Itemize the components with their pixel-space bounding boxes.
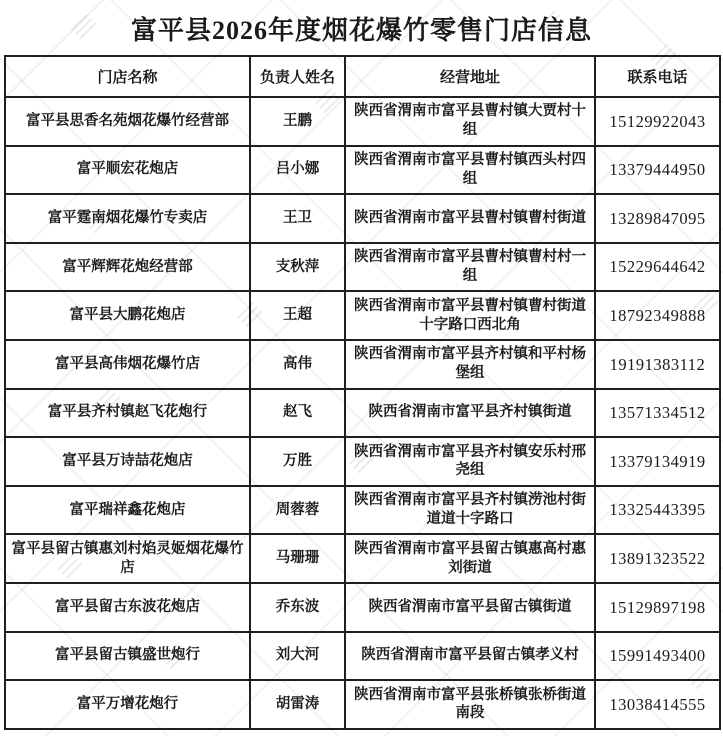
phone-cell: 13379134919 bbox=[595, 437, 720, 486]
header-row: 门店名称 负责人姓名 经营地址 联系电话 bbox=[5, 56, 720, 97]
table-row: 富平县留古镇惠刘村焰灵姬烟花爆竹店马珊珊陕西省渭南市富平县留古镇惠高村惠刘街道1… bbox=[5, 534, 720, 583]
table-row: 富平万增花炮行胡雷涛陕西省渭南市富平县张桥镇张桥街道南段13038414555 bbox=[5, 680, 720, 729]
table-row: 富平县思香名苑烟花爆竹经营部王鹏陕西省渭南市富平县曹村镇大贾村十组1512992… bbox=[5, 97, 720, 146]
phone-cell: 18792349888 bbox=[595, 291, 720, 340]
manager-name-cell: 马珊珊 bbox=[250, 534, 345, 583]
phone-cell: 13571334512 bbox=[595, 389, 720, 438]
phone-cell: 15229644642 bbox=[595, 243, 720, 292]
phone-cell: 13038414555 bbox=[595, 680, 720, 729]
store-name-cell: 富平县齐村镇赵飞花炮行 bbox=[5, 389, 250, 438]
address-cell: 陕西省渭南市富平县曹村镇曹村村一组 bbox=[345, 243, 595, 292]
page-title: 富平县2026年度烟花爆竹零售门店信息 bbox=[0, 10, 723, 47]
store-name-cell: 富平瑞祥鑫花炮店 bbox=[5, 486, 250, 535]
manager-name-cell: 胡雷涛 bbox=[250, 680, 345, 729]
table-row: 富平顺宏花炮店吕小娜陕西省渭南市富平县曹村镇西头村四组13379444950 bbox=[5, 146, 720, 195]
manager-name-cell: 乔东波 bbox=[250, 583, 345, 632]
header-phone: 联系电话 bbox=[595, 56, 720, 97]
store-name-cell: 富平县思香名苑烟花爆竹经营部 bbox=[5, 97, 250, 146]
table-row: 富平辉辉花炮经营部支秋萍陕西省渭南市富平县曹村镇曹村村一组15229644642 bbox=[5, 243, 720, 292]
table-row: 富平霆南烟花爆竹专卖店王卫陕西省渭南市富平县曹村镇曹村街道13289847095 bbox=[5, 194, 720, 243]
address-cell: 陕西省渭南市富平县留古镇孝义村 bbox=[345, 632, 595, 681]
header-address: 经营地址 bbox=[345, 56, 595, 97]
address-cell: 陕西省渭南市富平县曹村镇曹村街道 bbox=[345, 194, 595, 243]
address-cell: 陕西省渭南市富平县齐村镇街道 bbox=[345, 389, 595, 438]
phone-cell: 13379444950 bbox=[595, 146, 720, 195]
header-manager-name: 负责人姓名 bbox=[250, 56, 345, 97]
manager-name-cell: 王超 bbox=[250, 291, 345, 340]
store-name-cell: 富平县万诗喆花炮店 bbox=[5, 437, 250, 486]
table-row: 富平瑞祥鑫花炮店周蓉蓉陕西省渭南市富平县齐村镇涝池村街道道十字路口1332544… bbox=[5, 486, 720, 535]
phone-cell: 19191383112 bbox=[595, 340, 720, 389]
store-name-cell: 富平顺宏花炮店 bbox=[5, 146, 250, 195]
store-name-cell: 富平辉辉花炮经营部 bbox=[5, 243, 250, 292]
store-name-cell: 富平县大鹏花炮店 bbox=[5, 291, 250, 340]
store-name-cell: 富平县留古东波花炮店 bbox=[5, 583, 250, 632]
phone-cell: 15129897198 bbox=[595, 583, 720, 632]
address-cell: 陕西省渭南市富平县曹村镇西头村四组 bbox=[345, 146, 595, 195]
store-name-cell: 富平霆南烟花爆竹专卖店 bbox=[5, 194, 250, 243]
table-row: 富平县万诗喆花炮店万胜陕西省渭南市富平县齐村镇安乐村邢尧组13379134919 bbox=[5, 437, 720, 486]
manager-name-cell: 王卫 bbox=[250, 194, 345, 243]
store-info-table: 门店名称 负责人姓名 经营地址 联系电话 富平县思香名苑烟花爆竹经营部王鹏陕西省… bbox=[4, 55, 721, 730]
table-row: 富平县留古镇盛世炮行刘大河陕西省渭南市富平县留古镇孝义村15991493400 bbox=[5, 632, 720, 681]
manager-name-cell: 吕小娜 bbox=[250, 146, 345, 195]
table-row: 富平县高伟烟花爆竹店高伟陕西省渭南市富平县齐村镇和平村杨堡组1919138311… bbox=[5, 340, 720, 389]
address-cell: 陕西省渭南市富平县留古镇街道 bbox=[345, 583, 595, 632]
phone-cell: 13289847095 bbox=[595, 194, 720, 243]
phone-cell: 15129922043 bbox=[595, 97, 720, 146]
manager-name-cell: 王鹏 bbox=[250, 97, 345, 146]
table-row: 富平县留古东波花炮店乔东波陕西省渭南市富平县留古镇街道15129897198 bbox=[5, 583, 720, 632]
manager-name-cell: 支秋萍 bbox=[250, 243, 345, 292]
table-row: 富平县齐村镇赵飞花炮行赵飞陕西省渭南市富平县齐村镇街道13571334512 bbox=[5, 389, 720, 438]
manager-name-cell: 万胜 bbox=[250, 437, 345, 486]
header-store-name: 门店名称 bbox=[5, 56, 250, 97]
address-cell: 陕西省渭南市富平县齐村镇和平村杨堡组 bbox=[345, 340, 595, 389]
address-cell: 陕西省渭南市富平县张桥镇张桥街道南段 bbox=[345, 680, 595, 729]
manager-name-cell: 刘大河 bbox=[250, 632, 345, 681]
address-cell: 陕西省渭南市富平县留古镇惠高村惠刘街道 bbox=[345, 534, 595, 583]
phone-cell: 15991493400 bbox=[595, 632, 720, 681]
address-cell: 陕西省渭南市富平县曹村镇大贾村十组 bbox=[345, 97, 595, 146]
address-cell: 陕西省渭南市富平县齐村镇安乐村邢尧组 bbox=[345, 437, 595, 486]
table-row: 富平县大鹏花炮店王超陕西省渭南市富平县曹村镇曹村街道十字路口西北角1879234… bbox=[5, 291, 720, 340]
store-name-cell: 富平县高伟烟花爆竹店 bbox=[5, 340, 250, 389]
table-header: 门店名称 负责人姓名 经营地址 联系电话 bbox=[5, 56, 720, 97]
phone-cell: 13891323522 bbox=[595, 534, 720, 583]
address-cell: 陕西省渭南市富平县齐村镇涝池村街道道十字路口 bbox=[345, 486, 595, 535]
store-name-cell: 富平县留古镇惠刘村焰灵姬烟花爆竹店 bbox=[5, 534, 250, 583]
manager-name-cell: 周蓉蓉 bbox=[250, 486, 345, 535]
manager-name-cell: 高伟 bbox=[250, 340, 345, 389]
manager-name-cell: 赵飞 bbox=[250, 389, 345, 438]
address-cell: 陕西省渭南市富平县曹村镇曹村街道十字路口西北角 bbox=[345, 291, 595, 340]
store-name-cell: 富平县留古镇盛世炮行 bbox=[5, 632, 250, 681]
store-name-cell: 富平万增花炮行 bbox=[5, 680, 250, 729]
phone-cell: 13325443395 bbox=[595, 486, 720, 535]
table-body: 富平县思香名苑烟花爆竹经营部王鹏陕西省渭南市富平县曹村镇大贾村十组1512992… bbox=[5, 97, 720, 729]
